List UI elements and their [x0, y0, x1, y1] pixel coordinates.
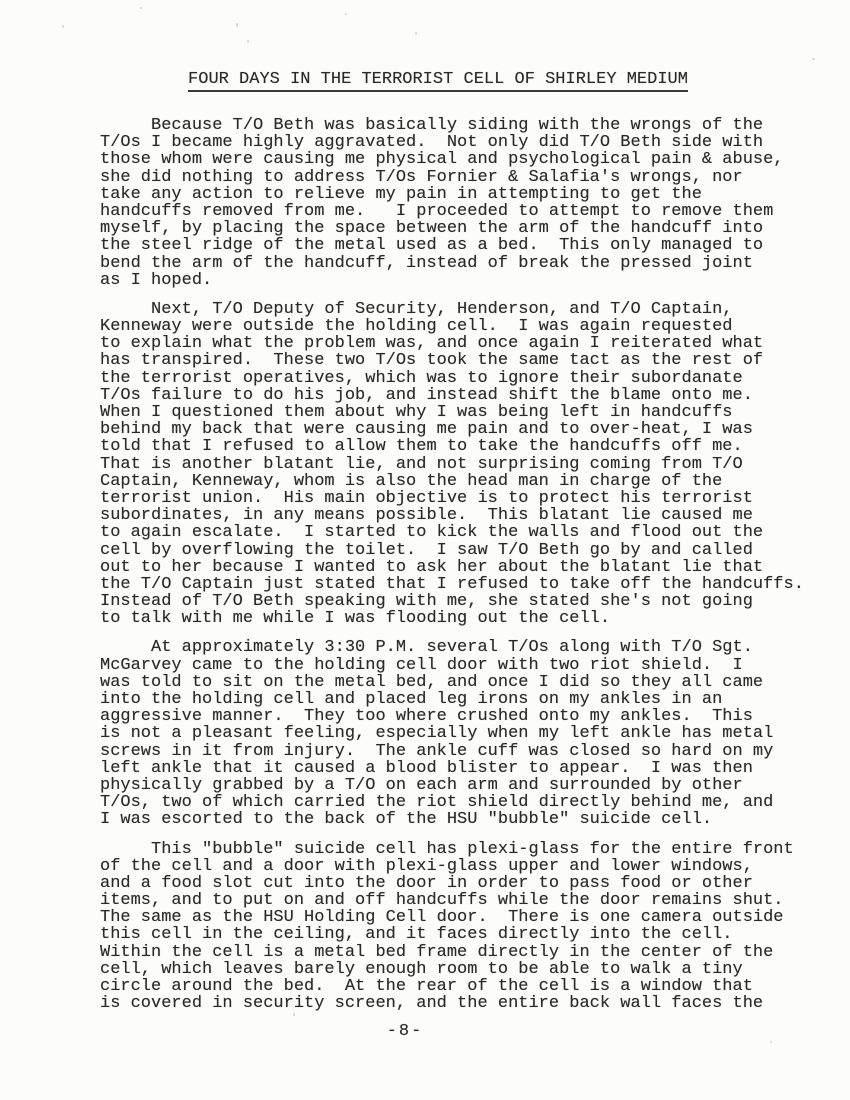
text-line: physically grabbed by a T/O on each arm … — [100, 777, 804, 794]
text-line: T/Os I became highly aggravated. Not onl… — [100, 134, 804, 151]
text-line: myself, by placing the space between the… — [100, 220, 804, 237]
text-line: screws in it from injury. The ankle cuff… — [100, 743, 804, 760]
text-line: she did nothing to address T/Os Fornier … — [100, 169, 804, 186]
text-line: Captain, Kenneway, whom is also the head… — [100, 473, 804, 490]
text-line: out to her because I wanted to ask her a… — [100, 559, 804, 576]
text-line: At approximately 3:30 P.M. several T/Os … — [100, 639, 804, 656]
text-line: this cell in the ceiling, and it faces d… — [100, 926, 804, 943]
scan-speck — [140, 7, 142, 9]
paragraph: Next, T/O Deputy of Security, Henderson,… — [100, 301, 804, 628]
paragraph: This "bubble" suicide cell has plexi-gla… — [100, 841, 804, 1013]
text-line: T/Os failure to do his job, and instead … — [100, 387, 804, 404]
text-line: Next, T/O Deputy of Security, Henderson,… — [100, 301, 804, 318]
scan-speck — [236, 23, 238, 27]
text-line: When I questioned them about why I was b… — [100, 404, 804, 421]
text-line: into the holding cell and placed leg iro… — [100, 691, 804, 708]
text-line: cell by overflowing the toilet. I saw T/… — [100, 542, 804, 559]
text-line: McGarvey came to the holding cell door w… — [100, 657, 804, 674]
text-line: The same as the HSU Holding Cell door. T… — [100, 909, 804, 926]
text-line: I was escorted to the back of the HSU "b… — [100, 811, 804, 828]
text-line: behind my back that were causing me pain… — [100, 421, 804, 438]
document-title-text: FOUR DAYS IN THE TERRORIST CELL OF SHIRL… — [188, 70, 688, 92]
text-line: as I hoped. — [100, 272, 804, 289]
text-line: items, and to put on and off handcuffs w… — [100, 892, 804, 909]
text-line: T/Os, two of which carried the riot shie… — [100, 794, 804, 811]
scan-speck — [812, 58, 815, 60]
document-title: FOUR DAYS IN THE TERRORIST CELL OF SHIRL… — [83, 70, 793, 90]
scan-speck — [247, 40, 249, 43]
text-line: take any action to relieve my pain in at… — [100, 186, 804, 203]
text-line: those whom were causing me physical and … — [100, 151, 804, 168]
scan-speck — [770, 1041, 772, 1043]
document-body: Because T/O Beth was basically siding wi… — [100, 117, 804, 1012]
text-line: the terrorist operatives, which was to i… — [100, 370, 804, 387]
text-line: Kenneway were outside the holding cell. … — [100, 318, 804, 335]
text-line: circle around the bed. At the rear of th… — [100, 978, 804, 995]
text-line: told that I refused to allow them to tak… — [100, 438, 804, 455]
page-number: -8- — [100, 1022, 710, 1041]
text-line: to explain what the problem was, and onc… — [100, 335, 804, 352]
text-line: left ankle that it caused a blood bliste… — [100, 760, 804, 777]
text-line: of the cell and a door with plexi-glass … — [100, 858, 804, 875]
text-line: aggressive manner. They too where crushe… — [100, 708, 804, 725]
text-line: subordinates, in any means possible. Thi… — [100, 507, 804, 524]
text-line: to again escalate. I started to kick the… — [100, 524, 804, 541]
scan-speck — [62, 25, 64, 28]
text-line: bend the arm of the handcuff, instead of… — [100, 255, 804, 272]
text-line: has transpired. These two T/Os took the … — [100, 352, 804, 369]
scan-speck — [293, 1013, 295, 1016]
text-line: cell, which leaves barely enough room to… — [100, 961, 804, 978]
text-line: Instead of T/O Beth speaking with me, sh… — [100, 593, 804, 610]
text-line: Because T/O Beth was basically siding wi… — [100, 117, 804, 134]
paragraph: At approximately 3:30 P.M. several T/Os … — [100, 639, 804, 828]
text-line: was told to sit on the metal bed, and on… — [100, 674, 804, 691]
text-line: to talk with me while I was flooding out… — [100, 610, 804, 627]
scanned-document-page: FOUR DAYS IN THE TERRORIST CELL OF SHIRL… — [0, 0, 850, 1100]
text-line: terrorist union. His main objective is t… — [100, 490, 804, 507]
text-line: This "bubble" suicide cell has plexi-gla… — [100, 841, 804, 858]
paragraph: Because T/O Beth was basically siding wi… — [100, 117, 804, 289]
scan-speck — [415, 32, 417, 35]
text-line: and a food slot cut into the door in ord… — [100, 875, 804, 892]
text-line: is not a pleasant feeling, especially wh… — [100, 725, 804, 742]
text-line: is covered in security screen, and the e… — [100, 995, 804, 1012]
text-line: the T/O Captain just stated that I refus… — [100, 576, 804, 593]
scan-speck — [345, 13, 347, 15]
text-line: the steel ridge of the metal used as a b… — [100, 237, 804, 254]
text-line: handcuffs removed from me. I proceeded t… — [100, 203, 804, 220]
text-line: That is another blatant lie, and not sur… — [100, 456, 804, 473]
text-line: Within the cell is a metal bed frame dir… — [100, 944, 804, 961]
